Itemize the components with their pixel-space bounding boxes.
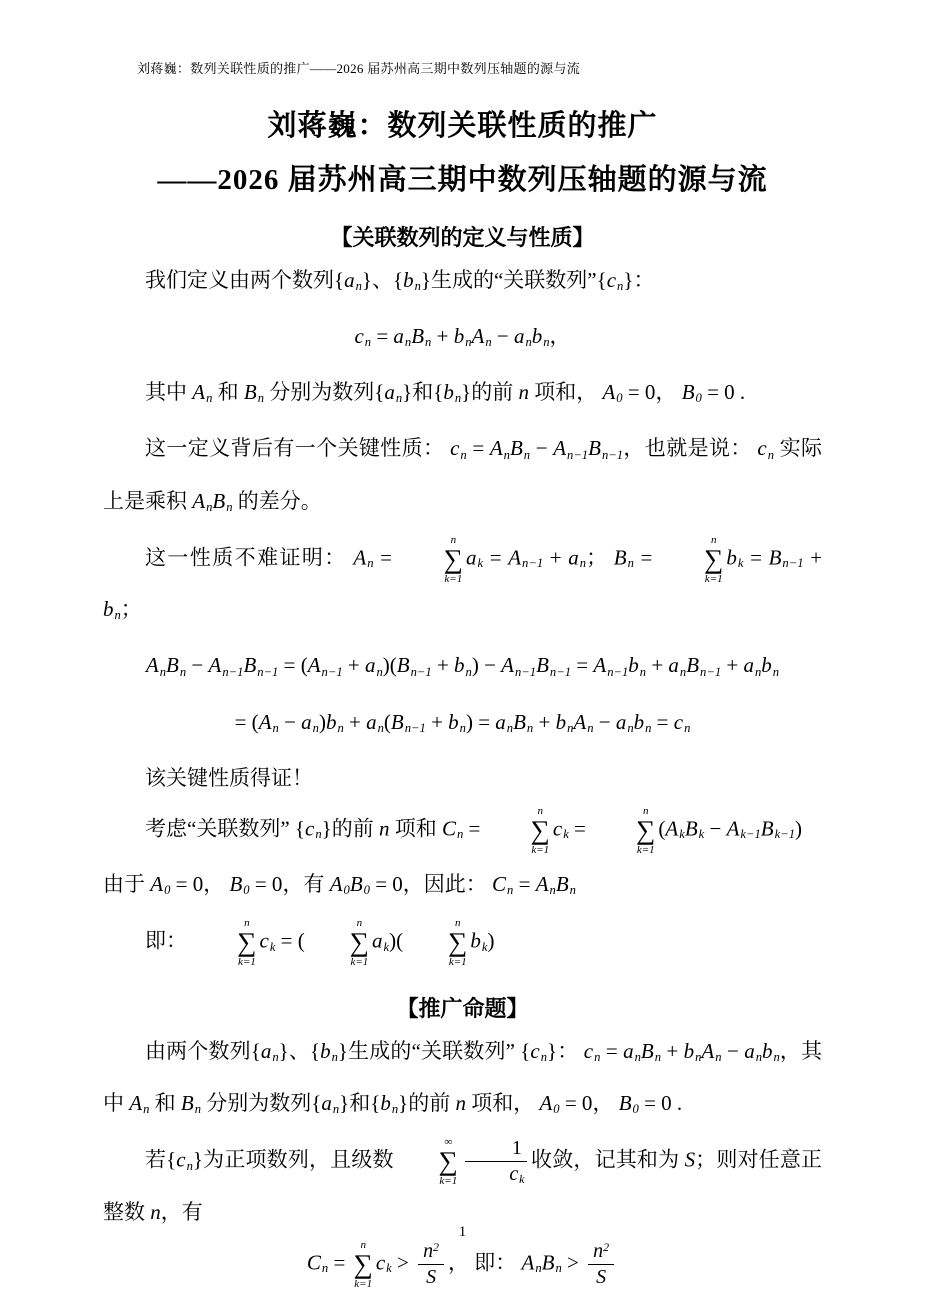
running-header: 刘蒋巍：数列关联性质的推广——2026 届苏州高三期中数列压轴题的源与流 bbox=[137, 0, 822, 77]
math-var: c bbox=[176, 1148, 185, 1172]
math-sub: n−1 bbox=[257, 665, 278, 679]
equation-expansion-2: = (An − an)bn + an(Bn−1 + bn) = anBn + b… bbox=[103, 699, 822, 751]
para-key-property: 这一定义背后有一个关键性质： cn = AnBn − An−1Bn−1，也就是说… bbox=[103, 425, 822, 529]
text-run: ， bbox=[655, 380, 681, 404]
text-run: 生成的“关联数列” bbox=[431, 268, 597, 292]
math-var: A bbox=[701, 1039, 714, 1063]
math-var: a bbox=[261, 1039, 272, 1063]
math-var: A bbox=[602, 380, 615, 404]
math-var: a bbox=[393, 324, 404, 348]
math-roman: = 0 bbox=[170, 872, 203, 896]
math-var: A bbox=[522, 1250, 535, 1274]
math-var: B bbox=[641, 1039, 654, 1063]
math-roman: ( bbox=[384, 710, 391, 734]
math-var: B bbox=[761, 816, 774, 840]
math-var: a bbox=[668, 653, 679, 677]
math-sup: 2 bbox=[603, 1240, 609, 1254]
text-run: 项和 bbox=[389, 816, 442, 840]
math-roman: } bbox=[279, 1039, 289, 1063]
text-run: 、 bbox=[289, 1039, 310, 1063]
math-var: B bbox=[685, 816, 698, 840]
math-sub: n−1 bbox=[602, 448, 623, 462]
math-var: C bbox=[492, 872, 506, 896]
math-var: a bbox=[514, 324, 525, 348]
math-var: c bbox=[674, 710, 683, 734]
math-roman: { bbox=[370, 1091, 380, 1115]
text-run: 其中 bbox=[145, 380, 192, 404]
text-run: ， bbox=[203, 872, 229, 896]
math-var: A bbox=[501, 653, 514, 677]
para-proved: 该关键性质得证！ bbox=[103, 755, 822, 801]
text-run: 即： bbox=[145, 929, 192, 953]
math-var: n bbox=[593, 1240, 603, 1262]
para-consider-sum: 考虑“关联数列” {cn}的前 n 项和 Cn = n∑k=1ck = n∑k=… bbox=[103, 805, 822, 858]
formula-cn-definition: cn = anBn + bnAn − anbn， bbox=[103, 313, 822, 365]
math-roman: = 0 bbox=[623, 380, 656, 404]
text-run: 项和， bbox=[466, 1091, 540, 1115]
math-roman: + bbox=[661, 1039, 684, 1063]
math-var: a bbox=[744, 1039, 755, 1063]
math-var: A bbox=[508, 545, 521, 569]
math-var: c bbox=[757, 436, 766, 460]
math-var: A bbox=[490, 436, 503, 460]
para-define-sequences: 我们定义由两个数列{an}、{bn}生成的“关联数列”{cn}： bbox=[103, 257, 822, 309]
math-var: a bbox=[384, 380, 395, 404]
math-roman: { bbox=[295, 816, 305, 840]
math-var: B bbox=[686, 653, 699, 677]
text-run: 和 bbox=[149, 1091, 181, 1115]
math-var: B bbox=[619, 1091, 632, 1115]
math-sub: k−1 bbox=[775, 827, 795, 841]
math-var: b bbox=[320, 1039, 331, 1063]
math-roman: 1 bbox=[512, 1137, 522, 1159]
math-var: B bbox=[411, 324, 424, 348]
math-roman: { bbox=[334, 268, 344, 292]
text-run: ； bbox=[121, 597, 142, 621]
math-var: C bbox=[442, 816, 456, 840]
math-roman: = bbox=[328, 1250, 350, 1274]
math-var: b bbox=[470, 929, 481, 953]
math-var: a bbox=[365, 653, 376, 677]
math-roman: ) − bbox=[472, 653, 501, 677]
math-sub: n−1 bbox=[607, 665, 628, 679]
math-var: a bbox=[743, 653, 754, 677]
sum-symbol: ∞∑k=1 bbox=[397, 1136, 458, 1187]
math-var: A bbox=[192, 380, 205, 404]
math-var: n bbox=[379, 816, 390, 840]
math-var: a bbox=[372, 929, 383, 953]
text-run: 若 bbox=[145, 1148, 166, 1172]
fraction: n2S bbox=[588, 1240, 614, 1289]
math-sub: n bbox=[773, 665, 779, 679]
math-var: A bbox=[209, 653, 222, 677]
math-sub: n−1 bbox=[567, 448, 588, 462]
math-var: B bbox=[212, 489, 225, 513]
math-var: A bbox=[553, 436, 566, 460]
math-roman: } bbox=[421, 268, 431, 292]
math-roman: = bbox=[634, 545, 659, 569]
math-roman: = bbox=[463, 816, 485, 840]
text-run: 和 bbox=[212, 380, 244, 404]
math-var: B bbox=[536, 653, 549, 677]
math-var: c bbox=[584, 1039, 593, 1063]
math-roman: + bbox=[431, 324, 453, 348]
math-roman: + bbox=[804, 545, 823, 569]
math-roman: = 0 bbox=[560, 1091, 593, 1115]
math-var: B bbox=[588, 436, 601, 460]
section-heading-generalization: 【推广命题】 bbox=[103, 994, 822, 1024]
math-roman: = ( bbox=[278, 653, 307, 677]
text-run: 的前 bbox=[332, 816, 379, 840]
text-run: 分别为数列 bbox=[201, 1091, 311, 1115]
math-roman: − bbox=[279, 710, 301, 734]
math-roman: = bbox=[569, 816, 591, 840]
section-heading-definition: 【关联数列的定义与性质】 bbox=[103, 223, 822, 253]
math-roman: = 0 bbox=[639, 1091, 672, 1115]
doc-title: 刘蒋巍：数列关联性质的推广 bbox=[103, 107, 822, 145]
text-run: 我们定义由两个数列 bbox=[145, 268, 334, 292]
sum-symbol: n∑k=1 bbox=[195, 917, 256, 968]
text-run: ， bbox=[550, 324, 571, 348]
math-var: B bbox=[181, 1091, 194, 1115]
math-roman: } bbox=[322, 816, 332, 840]
math-var: c bbox=[607, 268, 616, 292]
math-var: n bbox=[518, 380, 529, 404]
math-var: b bbox=[380, 1091, 391, 1115]
math-var: B bbox=[244, 380, 257, 404]
math-sub: n bbox=[684, 721, 690, 735]
text-run: 该关键性质得证！ bbox=[145, 766, 313, 790]
math-var: n bbox=[455, 1091, 466, 1115]
math-sub: n−1 bbox=[405, 721, 426, 735]
text-run: 生成的“关联数列” bbox=[348, 1039, 520, 1063]
formula-inequality: Cn = n∑k=1ck > n2S， 即： AnBn > n2S bbox=[103, 1239, 822, 1292]
math-var: A bbox=[129, 1091, 142, 1115]
math-roman: = 0 bbox=[702, 380, 735, 404]
document-page: 刘蒋巍：数列关联性质的推广——2026 届苏州高三期中数列压轴题的源与流 刘蒋巍… bbox=[0, 0, 925, 1313]
math-var: c bbox=[305, 816, 314, 840]
text-run: 项和， bbox=[529, 380, 603, 404]
math-roman: = ( bbox=[275, 929, 304, 953]
fraction: n2S bbox=[418, 1240, 444, 1289]
text-run: ，有 bbox=[161, 1200, 203, 1224]
math-var: c bbox=[260, 929, 269, 953]
math-var: c bbox=[450, 436, 459, 460]
text-run: ，也就是说： bbox=[623, 436, 757, 460]
math-var: B bbox=[769, 545, 782, 569]
math-var: c bbox=[376, 1250, 385, 1274]
math-var: c bbox=[530, 1039, 539, 1063]
text-run: 由于 bbox=[103, 872, 150, 896]
math-roman: ) bbox=[795, 816, 802, 840]
math-roman: } bbox=[547, 1039, 557, 1063]
math-var: A bbox=[471, 324, 484, 348]
math-var: B bbox=[243, 653, 256, 677]
math-roman: = bbox=[513, 872, 535, 896]
math-roman: ) bbox=[319, 710, 326, 734]
text-run: 的前 bbox=[408, 1091, 455, 1115]
math-var: c bbox=[509, 1163, 518, 1185]
sum-symbol: n∑k=1 bbox=[489, 805, 550, 856]
math-roman: } bbox=[623, 268, 633, 292]
math-sub: n−1 bbox=[522, 556, 543, 570]
text-run: 的前 bbox=[471, 380, 518, 404]
sum-symbol: n∑k=1 bbox=[354, 1239, 373, 1290]
math-var: A bbox=[146, 653, 159, 677]
math-roman: ) = bbox=[466, 710, 495, 734]
math-var: b bbox=[443, 380, 454, 404]
math-var: A bbox=[192, 489, 205, 513]
math-roman: . bbox=[735, 380, 746, 404]
math-sub: n−1 bbox=[782, 556, 803, 570]
math-var: A bbox=[573, 710, 586, 734]
text-run: ，有 bbox=[282, 872, 329, 896]
text-run: 和 bbox=[412, 380, 433, 404]
math-var: a bbox=[344, 268, 355, 292]
fraction: 1ck bbox=[465, 1137, 527, 1187]
math-var: B bbox=[166, 653, 179, 677]
math-roman: = bbox=[743, 545, 768, 569]
para-proof-sums: 这一性质不难证明： An = n∑k=1ak = An−1 + an； Bn =… bbox=[103, 534, 822, 639]
math-roman: } bbox=[339, 1091, 349, 1115]
math-var: A bbox=[593, 653, 606, 677]
text-run: 收敛，记其和为 bbox=[531, 1148, 685, 1172]
math-roman: { bbox=[597, 268, 607, 292]
math-roman: + bbox=[426, 710, 448, 734]
math-var: b bbox=[326, 710, 337, 734]
math-var: b bbox=[726, 545, 737, 569]
math-var: a bbox=[301, 710, 312, 734]
math-roman: = bbox=[483, 545, 508, 569]
para-series-condition: 若{cn}为正项数列，且级数∞∑k=11ck收敛，记其和为 S；则对任意正整数 … bbox=[103, 1136, 822, 1235]
math-roman: } bbox=[362, 268, 372, 292]
math-var: S bbox=[596, 1266, 606, 1288]
math-var: B bbox=[542, 1250, 555, 1274]
math-var: b bbox=[403, 268, 414, 292]
sum-symbol: n∑k=1 bbox=[308, 917, 369, 968]
math-roman: = bbox=[371, 324, 393, 348]
math-var: A bbox=[539, 1091, 552, 1115]
math-roman: } bbox=[461, 380, 471, 404]
text-run: 分别为数列 bbox=[264, 380, 374, 404]
text-run: ； bbox=[586, 545, 614, 569]
math-var: a bbox=[366, 710, 377, 734]
math-roman: )( bbox=[383, 653, 397, 677]
text-run: 的差分。 bbox=[233, 489, 322, 513]
math-var: A bbox=[308, 653, 321, 677]
math-roman: { bbox=[520, 1039, 530, 1063]
math-roman: − bbox=[186, 653, 208, 677]
math-roman: = ( bbox=[235, 710, 259, 734]
math-var: b bbox=[684, 1039, 695, 1063]
math-roman: + bbox=[543, 545, 568, 569]
math-var: a bbox=[623, 1039, 634, 1063]
math-var: b bbox=[634, 710, 645, 734]
sum-symbol: n∑k=1 bbox=[402, 534, 463, 585]
math-roman: + bbox=[432, 653, 454, 677]
math-var: B bbox=[556, 872, 569, 896]
math-sub: k bbox=[519, 1172, 524, 1186]
math-roman: − bbox=[492, 324, 514, 348]
math-roman: { bbox=[433, 380, 443, 404]
math-var: c bbox=[553, 816, 562, 840]
math-var: A bbox=[727, 816, 740, 840]
math-sub: n−1 bbox=[322, 665, 343, 679]
math-roman: + bbox=[533, 710, 555, 734]
math-var: b bbox=[454, 653, 465, 677]
math-var: b bbox=[762, 1039, 773, 1063]
math-var: A bbox=[150, 872, 163, 896]
math-roman: − bbox=[530, 436, 553, 460]
sum-symbol: n∑k=1 bbox=[594, 805, 655, 856]
math-var: C bbox=[307, 1250, 321, 1274]
para-generalization-setup: 由两个数列{an}、{bn}生成的“关联数列” {cn}： cn = anBn … bbox=[103, 1028, 822, 1132]
math-roman: = bbox=[600, 1039, 623, 1063]
math-roman: = bbox=[374, 545, 399, 569]
math-roman: + bbox=[646, 653, 668, 677]
math-var: S bbox=[685, 1148, 696, 1172]
math-sub: n bbox=[570, 883, 576, 897]
math-var: A bbox=[330, 872, 343, 896]
text-run: ： bbox=[557, 1039, 584, 1063]
math-roman: } bbox=[402, 380, 412, 404]
math-var: S bbox=[426, 1266, 436, 1288]
sum-symbol: n∑k=1 bbox=[662, 534, 723, 585]
math-roman: } bbox=[338, 1039, 348, 1063]
math-roman: . bbox=[672, 1091, 683, 1115]
math-var: b bbox=[448, 710, 459, 734]
math-roman: + bbox=[343, 653, 365, 677]
text-run: 这一性质不难证明： bbox=[145, 545, 353, 569]
text-run: ： bbox=[633, 268, 654, 292]
math-roman: = bbox=[467, 436, 490, 460]
math-var: A bbox=[665, 816, 678, 840]
math-var: B bbox=[614, 545, 627, 569]
math-var: b bbox=[761, 653, 772, 677]
math-var: a bbox=[568, 545, 579, 569]
math-roman: } bbox=[193, 1148, 203, 1172]
math-var: B bbox=[513, 710, 526, 734]
math-var: b bbox=[454, 324, 465, 348]
math-roman: = 0 bbox=[370, 872, 403, 896]
text-run: 和 bbox=[349, 1091, 370, 1115]
math-sub: n−1 bbox=[222, 665, 243, 679]
math-var: B bbox=[397, 653, 410, 677]
math-var: n bbox=[423, 1240, 433, 1262]
math-roman: = 0 bbox=[250, 872, 283, 896]
para-conclusion-identity: 即： n∑k=1ck = (n∑k=1ak)(n∑k=1bk) bbox=[103, 917, 822, 970]
math-sub: n−1 bbox=[515, 665, 536, 679]
sum-symbol: n∑k=1 bbox=[406, 917, 467, 968]
math-var: B bbox=[229, 872, 242, 896]
page-number: 1 bbox=[0, 1224, 925, 1241]
math-roman: > bbox=[562, 1250, 584, 1274]
math-roman: { bbox=[311, 1091, 321, 1115]
math-roman: − bbox=[704, 816, 726, 840]
math-var: b bbox=[532, 324, 543, 348]
math-roman: > bbox=[392, 1250, 414, 1274]
math-roman: ) bbox=[487, 929, 494, 953]
math-roman: { bbox=[166, 1148, 176, 1172]
math-var: A bbox=[259, 710, 272, 734]
text-run: 考虑“关联数列” bbox=[145, 816, 295, 840]
math-var: n bbox=[150, 1200, 161, 1224]
math-var: c bbox=[354, 324, 363, 348]
math-roman: { bbox=[251, 1039, 261, 1063]
math-sub: k−1 bbox=[740, 827, 760, 841]
math-roman: − bbox=[593, 710, 615, 734]
math-var: b bbox=[103, 597, 114, 621]
math-roman: = bbox=[651, 710, 673, 734]
text-run: ， bbox=[592, 1091, 618, 1115]
math-var: a bbox=[321, 1091, 332, 1115]
math-var: A bbox=[353, 545, 366, 569]
math-var: B bbox=[510, 436, 523, 460]
math-var: a bbox=[495, 710, 506, 734]
text-run: 由两个数列 bbox=[145, 1039, 251, 1063]
math-roman: = bbox=[571, 653, 593, 677]
section-definition-content: 我们定义由两个数列{an}、{bn}生成的“关联数列”{cn}：cn = anB… bbox=[103, 257, 822, 970]
text-run: ，因此： bbox=[403, 872, 492, 896]
math-var: b bbox=[556, 710, 567, 734]
para-therefore: 由于 A0 = 0， B0 = 0，有 A0B0 = 0，因此： Cn = An… bbox=[103, 861, 822, 913]
text-run: ， 即： bbox=[448, 1250, 522, 1274]
section-generalization-content: 由两个数列{an}、{bn}生成的“关联数列” {cn}： cn = anBn … bbox=[103, 1028, 822, 1291]
math-roman: { bbox=[374, 380, 384, 404]
text-run: 为正项数列，且级数 bbox=[203, 1148, 394, 1172]
math-roman: { bbox=[310, 1039, 320, 1063]
para-partial-sums: 其中 An 和 Bn 分别为数列{an}和{bn}的前 n 项和， A0 = 0… bbox=[103, 369, 822, 421]
math-roman: { bbox=[393, 268, 403, 292]
math-sub: n−1 bbox=[550, 665, 571, 679]
math-sup: 2 bbox=[433, 1240, 439, 1254]
math-var: b bbox=[628, 653, 639, 677]
math-roman: + bbox=[344, 710, 366, 734]
math-roman: + bbox=[721, 653, 743, 677]
math-roman: )( bbox=[389, 929, 403, 953]
math-var: a bbox=[616, 710, 627, 734]
math-var: B bbox=[350, 872, 363, 896]
text-run: 、 bbox=[372, 268, 393, 292]
math-var: B bbox=[391, 710, 404, 734]
math-roman: } bbox=[398, 1091, 408, 1115]
math-var: a bbox=[466, 545, 477, 569]
math-sub: n−1 bbox=[411, 665, 432, 679]
math-var: A bbox=[536, 872, 549, 896]
text-run: 这一定义背后有一个关键性质： bbox=[145, 436, 450, 460]
math-var: B bbox=[682, 380, 695, 404]
math-roman: − bbox=[722, 1039, 745, 1063]
equation-expansion-1: AnBn − An−1Bn−1 = (An−1 + an)(Bn−1 + bn)… bbox=[103, 642, 822, 694]
doc-subtitle: ——2026 届苏州高三期中数列压轴题的源与流 bbox=[103, 161, 822, 199]
math-sub: n−1 bbox=[700, 665, 721, 679]
